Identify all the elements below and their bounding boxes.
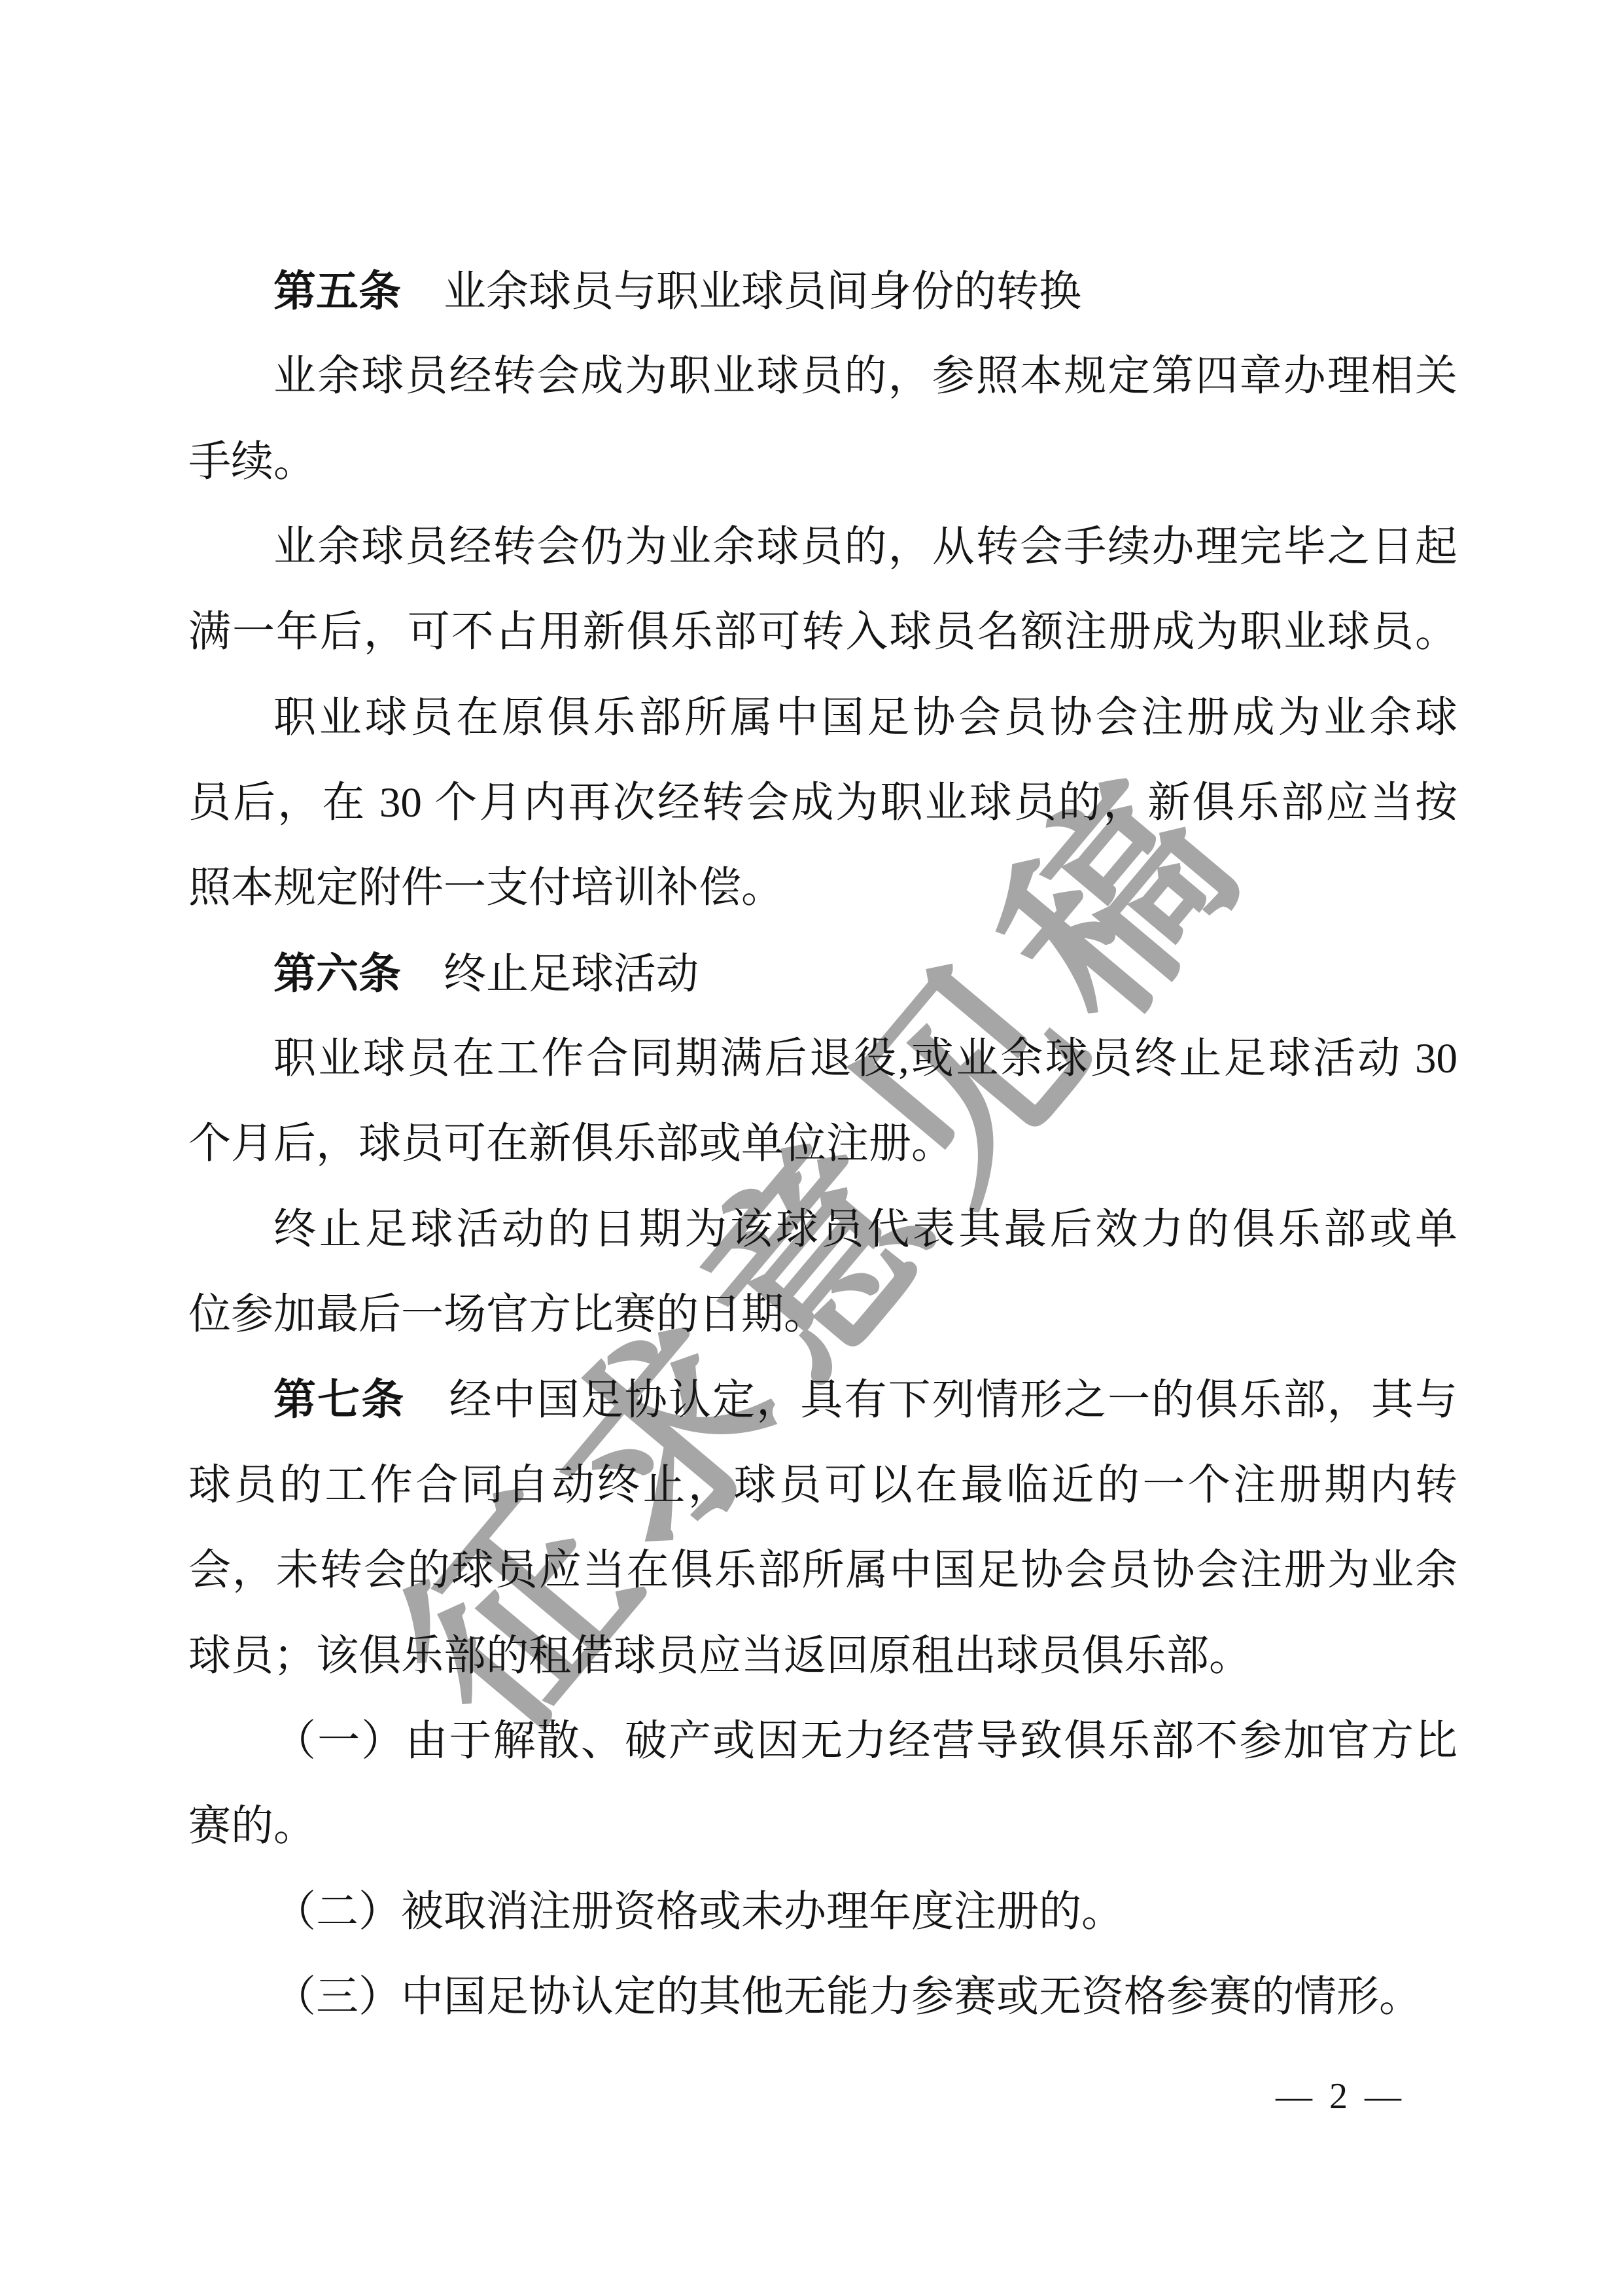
line-text: 业余球员经转会成为职业球员的，参照本规定第四章办理相关 bbox=[273, 353, 1457, 400]
line-text: 个月后，球员可在新俱乐部或单位注册。 bbox=[188, 1120, 954, 1167]
line-text: 位参加最后一场官方比赛的日期。 bbox=[188, 1291, 826, 1338]
doc-line: 个月后，球员可在新俱乐部或单位注册。 bbox=[188, 1101, 1457, 1186]
doc-line: 满一年后，可不占用新俱乐部可转入球员名额注册成为职业球员。 bbox=[188, 590, 1457, 675]
line-text: 终止足球活动的日期为该球员代表其最后效力的俱乐部或单 bbox=[273, 1206, 1457, 1253]
doc-line: 球员的工作合同自动终止，球员可以在最临近的一个注册期内转 bbox=[188, 1443, 1457, 1528]
document-content: 第五条 业余球员与职业球员间身份的转换 业余球员经转会成为职业球员的，参照本规定… bbox=[188, 249, 1457, 2040]
doc-line: 终止足球活动的日期为该球员代表其最后效力的俱乐部或单 bbox=[188, 1187, 1457, 1272]
line-text: 员后，在 30 个月内再次经转会成为职业球员的，新俱乐部应当按 bbox=[188, 779, 1457, 826]
line-text: 球员的工作合同自动终止，球员可以在最临近的一个注册期内转 bbox=[188, 1462, 1457, 1509]
doc-line: 赛的。 bbox=[188, 1784, 1457, 1869]
clause-number: 第五条 bbox=[273, 267, 401, 315]
doc-line: 球员；该俱乐部的租借球员应当返回原租出球员俱乐部。 bbox=[188, 1614, 1457, 1699]
line-text: 照本规定附件一支付培训补偿。 bbox=[188, 864, 784, 911]
line-text: 业余球员与职业球员间身份的转换 bbox=[401, 268, 1081, 315]
doc-line: 业余球员经转会成为职业球员的，参照本规定第四章办理相关 bbox=[188, 334, 1457, 419]
doc-line: 员后，在 30 个月内再次经转会成为职业球员的，新俱乐部应当按 bbox=[188, 760, 1457, 845]
doc-line: 位参加最后一场官方比赛的日期。 bbox=[188, 1272, 1457, 1357]
line-text: 会，未转会的球员应当在俱乐部所属中国足协会员协会注册为业余 bbox=[188, 1547, 1457, 1594]
doc-line: 手续。 bbox=[188, 419, 1457, 504]
line-text: 职业球员在原俱乐部所属中国足协会员协会注册成为业余球 bbox=[273, 694, 1457, 741]
line-text: 手续。 bbox=[188, 438, 316, 486]
line-text: 满一年后，可不占用新俱乐部可转入球员名额注册成为职业球员。 bbox=[188, 609, 1457, 656]
line-text: 业余球员经转会仍为业余球员的，从转会手续办理完毕之日起 bbox=[273, 523, 1457, 571]
doc-line: （一）由于解散、破产或因无力经营导致俱乐部不参加官方比 bbox=[188, 1699, 1457, 1784]
article-heading: 第七条 经中国足协认定，具有下列情形之一的俱乐部，其与 bbox=[188, 1357, 1457, 1442]
doc-line: （二）被取消注册资格或未办理年度注册的。 bbox=[188, 1869, 1457, 1954]
doc-line: 业余球员经转会仍为业余球员的，从转会手续办理完毕之日起 bbox=[188, 504, 1457, 590]
doc-line: 照本规定附件一支付培训补偿。 bbox=[188, 845, 1457, 930]
clause-number: 第七条 bbox=[273, 1375, 405, 1423]
line-text: 终止足球活动 bbox=[401, 951, 699, 998]
line-text: 经中国足协认定，具有下列情形之一的俱乐部，其与 bbox=[405, 1377, 1457, 1424]
doc-line: 会，未转会的球员应当在俱乐部所属中国足协会员协会注册为业余 bbox=[188, 1528, 1457, 1613]
doc-line: （三）中国足协认定的其他无能力参赛或无资格参赛的情形。 bbox=[188, 1954, 1457, 2040]
line-text: （一）由于解散、破产或因无力经营导致俱乐部不参加官方比 bbox=[273, 1718, 1457, 1765]
page-number: — 2 — bbox=[1276, 2073, 1405, 2120]
line-text: （二）被取消注册资格或未办理年度注册的。 bbox=[273, 1888, 1124, 1935]
doc-line: 职业球员在原俱乐部所属中国足协会员协会注册成为业余球 bbox=[188, 675, 1457, 760]
line-text: 球员；该俱乐部的租借球员应当返回原租出球员俱乐部。 bbox=[188, 1633, 1251, 1680]
article-heading: 第六条 终止足球活动 bbox=[188, 931, 1457, 1016]
line-text: （三）中国足协认定的其他无能力参赛或无资格参赛的情形。 bbox=[273, 1973, 1422, 2021]
doc-line: 职业球员在工作合同期满后退役,或业余球员终止足球活动 30 bbox=[188, 1016, 1457, 1101]
line-text: 赛的。 bbox=[188, 1803, 316, 1850]
line-text: 职业球员在工作合同期满后退役,或业余球员终止足球活动 30 bbox=[273, 1035, 1457, 1082]
document-page: 征求意见稿 第五条 业余球员与职业球员间身份的转换 业余球员经转会成为职业球员的… bbox=[0, 0, 1623, 2296]
clause-number: 第六条 bbox=[273, 949, 401, 997]
article-heading: 第五条 业余球员与职业球员间身份的转换 bbox=[188, 249, 1457, 334]
